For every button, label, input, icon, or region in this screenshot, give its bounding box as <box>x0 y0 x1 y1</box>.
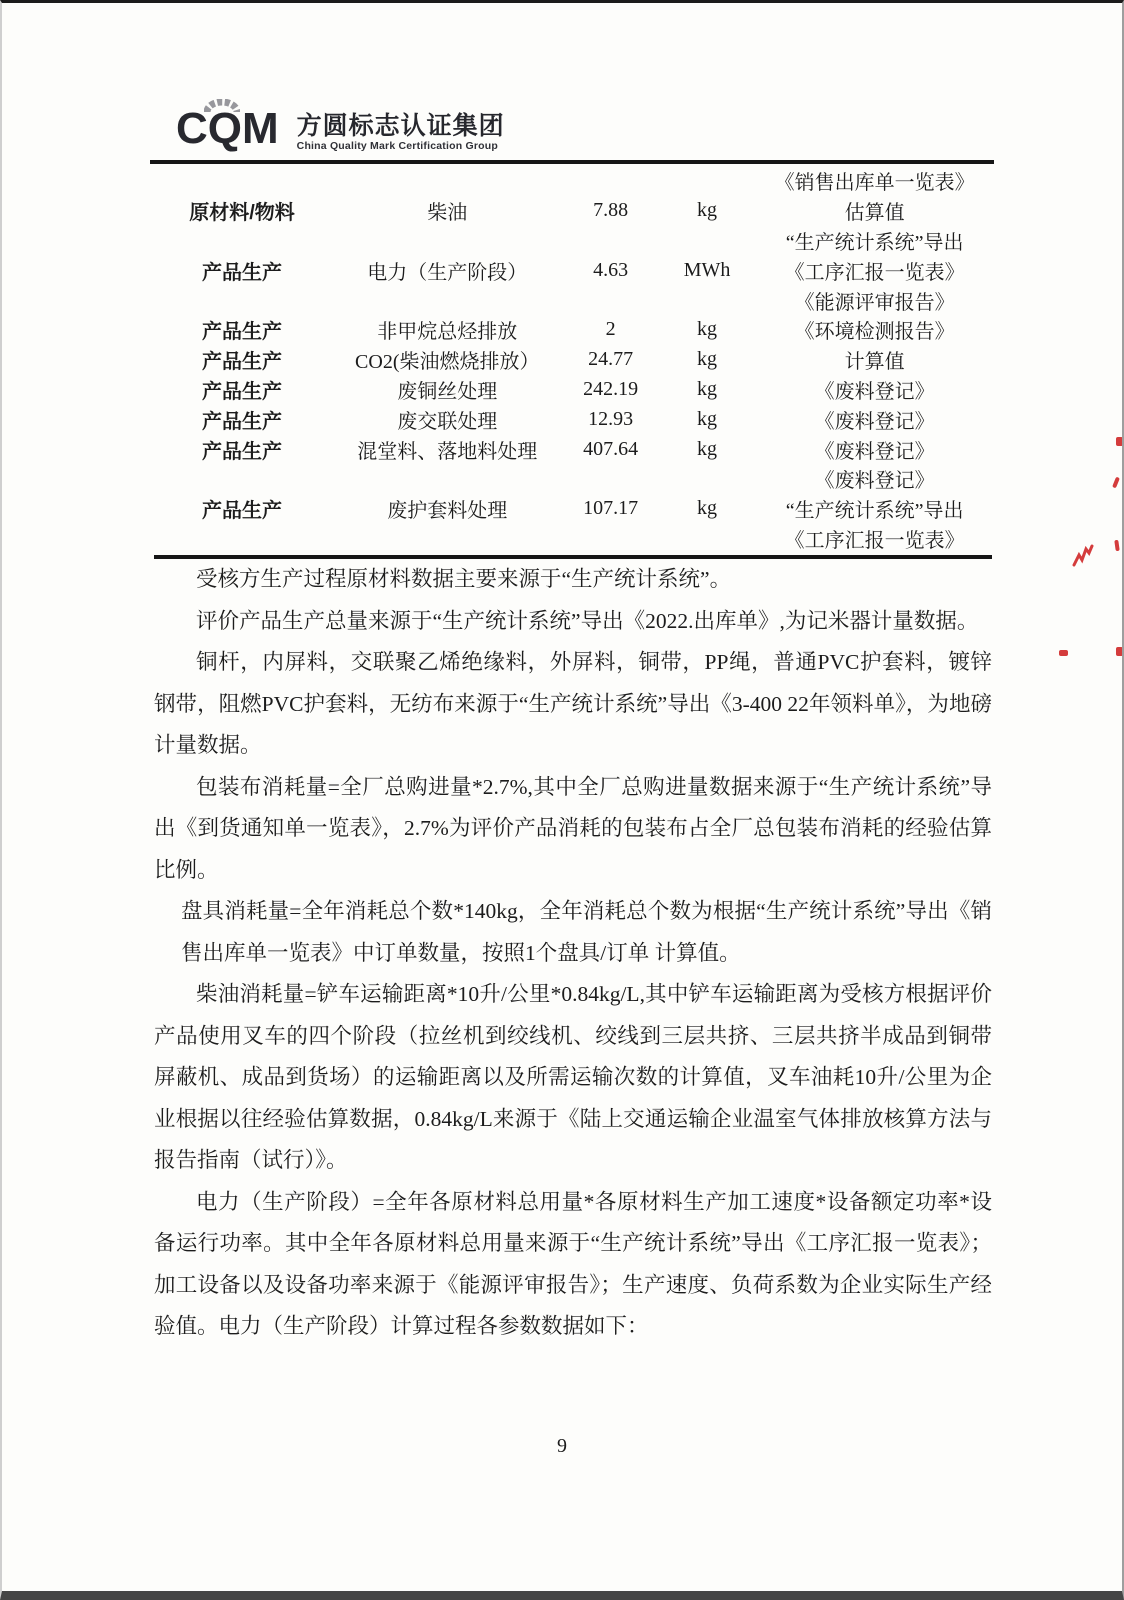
table-row: 产品生产 废铜丝处理 242.19 kg 《废料登记》 <box>154 375 992 405</box>
body-text: 受核方生产过程原材料数据主要来源于“生产统计系统”。 评价产品生产总量来源于“生… <box>154 559 992 1348</box>
table-row: “生产统计系统”导出 <box>154 226 992 256</box>
cell-unit: kg <box>657 497 758 520</box>
cell-item: 废铜丝处理 <box>330 375 565 404</box>
cell-item: 废护套料处理 <box>330 494 565 523</box>
cell-category: 产品生产 <box>154 345 330 374</box>
cell-unit: kg <box>657 318 758 341</box>
stamp-mark <box>1116 437 1123 446</box>
header-rule <box>150 160 994 164</box>
table-row: 产品生产 CO2(柴油燃烧排放） 24.77 kg 计算值 <box>154 345 992 375</box>
cell-category: 产品生产 <box>154 435 330 464</box>
logo-names: 方圆标志认证集团 China Quality Mark Certificatio… <box>297 99 505 153</box>
cell-source: 《工序汇报一览表》 <box>757 524 992 553</box>
table-row: 产品生产 混堂料、落地料处理 407.64 kg 《废料登记》 <box>154 434 992 464</box>
cell-category: 产品生产 <box>154 375 330 404</box>
cell-item: 非甲烷总烃排放 <box>330 315 565 344</box>
cell-value: 7.88 <box>565 199 657 222</box>
cell-source: 《废料登记》 <box>757 405 992 434</box>
cell-category: 产品生产 <box>154 256 330 285</box>
table-row: 《销售出库单一览表》 <box>154 166 992 196</box>
stamp-mark <box>1072 543 1094 567</box>
cell-unit: kg <box>657 199 758 222</box>
cell-value: 407.64 <box>565 438 657 461</box>
cell-value: 4.63 <box>565 259 657 282</box>
cell-source: 《废料登记》 <box>757 375 992 404</box>
cell-source: 《工序汇报一览表》 <box>757 256 992 285</box>
table-row: 产品生产 废护套料处理 107.17 kg “生产统计系统”导出 <box>154 494 992 524</box>
paragraph: 评价产品生产总量来源于“生产统计系统”导出《2022.出库单》,为记米器计量数据… <box>154 601 992 643</box>
table-row: 原材料/物料 柴油 7.88 kg 估算值 <box>154 196 992 226</box>
paragraph: 包装布消耗量=全厂总购进量*2.7%,其中全厂总购进量数据来源于“生产统计系统”… <box>154 767 992 892</box>
stamp-mark <box>1112 477 1120 489</box>
cell-source: 《环境检测报告》 <box>757 315 992 344</box>
cell-item: CO2(柴油燃烧排放） <box>330 345 565 374</box>
cell-unit: kg <box>657 408 758 431</box>
cell-unit: kg <box>657 348 758 371</box>
cell-value: 107.17 <box>565 497 657 520</box>
page-number: 9 <box>2 1435 1122 1458</box>
document-page: CQM 方圆标志认证集团 China Quality Mark Certific… <box>0 0 1124 1600</box>
paragraph: 电力（生产阶段）=全年各原材料总用量*各原材料生产加工速度*设备额定功率*设备运… <box>154 1182 992 1348</box>
cqm-logo: CQM 方圆标志认证集团 China Quality Mark Certific… <box>176 99 505 153</box>
cell-source: “生产统计系统”导出 <box>757 494 992 523</box>
cell-unit: kg <box>657 378 758 401</box>
cell-source: 《废料登记》 <box>757 435 992 464</box>
paragraph: 受核方生产过程原材料数据主要来源于“生产统计系统”。 <box>154 559 992 601</box>
cell-item: 混堂料、落地料处理 <box>330 435 565 464</box>
cell-category: 原材料/物料 <box>154 196 330 225</box>
cell-item: 柴油 <box>330 196 565 225</box>
table-row: 《能源评审报告》 <box>154 285 992 315</box>
cell-source: 《能源评审报告》 <box>757 286 992 315</box>
table-row: 《废料登记》 <box>154 464 992 494</box>
cell-value: 24.77 <box>565 348 657 371</box>
paragraph: 柴油消耗量=铲车运输距离*10升/公里*0.84kg/L,其中铲车运输距离为受核… <box>154 974 992 1182</box>
material-data-table: 《销售出库单一览表》 原材料/物料 柴油 7.88 kg 估算值 “生产统计系统… <box>154 166 992 559</box>
cell-category: 产品生产 <box>154 494 330 523</box>
cell-category: 产品生产 <box>154 405 330 434</box>
cell-item: 电力（生产阶段） <box>330 256 565 285</box>
stamp-mark <box>1114 540 1119 551</box>
stamp-mark <box>1116 647 1123 656</box>
cell-source: 估算值 <box>757 196 992 225</box>
cell-unit: kg <box>657 438 758 461</box>
cell-value: 242.19 <box>565 378 657 401</box>
table-row: 《工序汇报一览表》 <box>154 524 992 554</box>
cell-source: 《废料登记》 <box>757 464 992 493</box>
cell-source: 计算值 <box>757 345 992 374</box>
stamp-mark <box>1059 650 1068 656</box>
cell-item: 废交联处理 <box>330 405 565 434</box>
table-row: 产品生产 电力（生产阶段） 4.63 MWh 《工序汇报一览表》 <box>154 255 992 285</box>
cell-value: 12.93 <box>565 408 657 431</box>
laurel-crown-icon <box>204 99 240 118</box>
cell-category: 产品生产 <box>154 315 330 344</box>
table-row: 产品生产 废交联处理 12.93 kg 《废料登记》 <box>154 404 992 434</box>
logo-abbr-wrap: CQM <box>176 99 279 148</box>
logo-name-en: China Quality Mark Certification Group <box>297 140 505 153</box>
cell-value: 2 <box>565 318 657 341</box>
cell-source: 《销售出库单一览表》 <box>757 166 992 195</box>
logo-name-cn: 方圆标志认证集团 <box>297 113 505 139</box>
cell-unit: MWh <box>657 259 758 282</box>
table-row: 产品生产 非甲烷总烃排放 2 kg 《环境检测报告》 <box>154 315 992 345</box>
paragraph: 盘具消耗量=全年消耗总个数*140kg，全年消耗总个数为根据“生产统计系统”导出… <box>181 891 992 974</box>
paragraph: 铜杆，内屏料，交联聚乙烯绝缘料，外屏料，铜带，PP绳，普通PVC护套料，镀锌钢带… <box>154 642 992 767</box>
cell-source: “生产统计系统”导出 <box>757 226 992 255</box>
